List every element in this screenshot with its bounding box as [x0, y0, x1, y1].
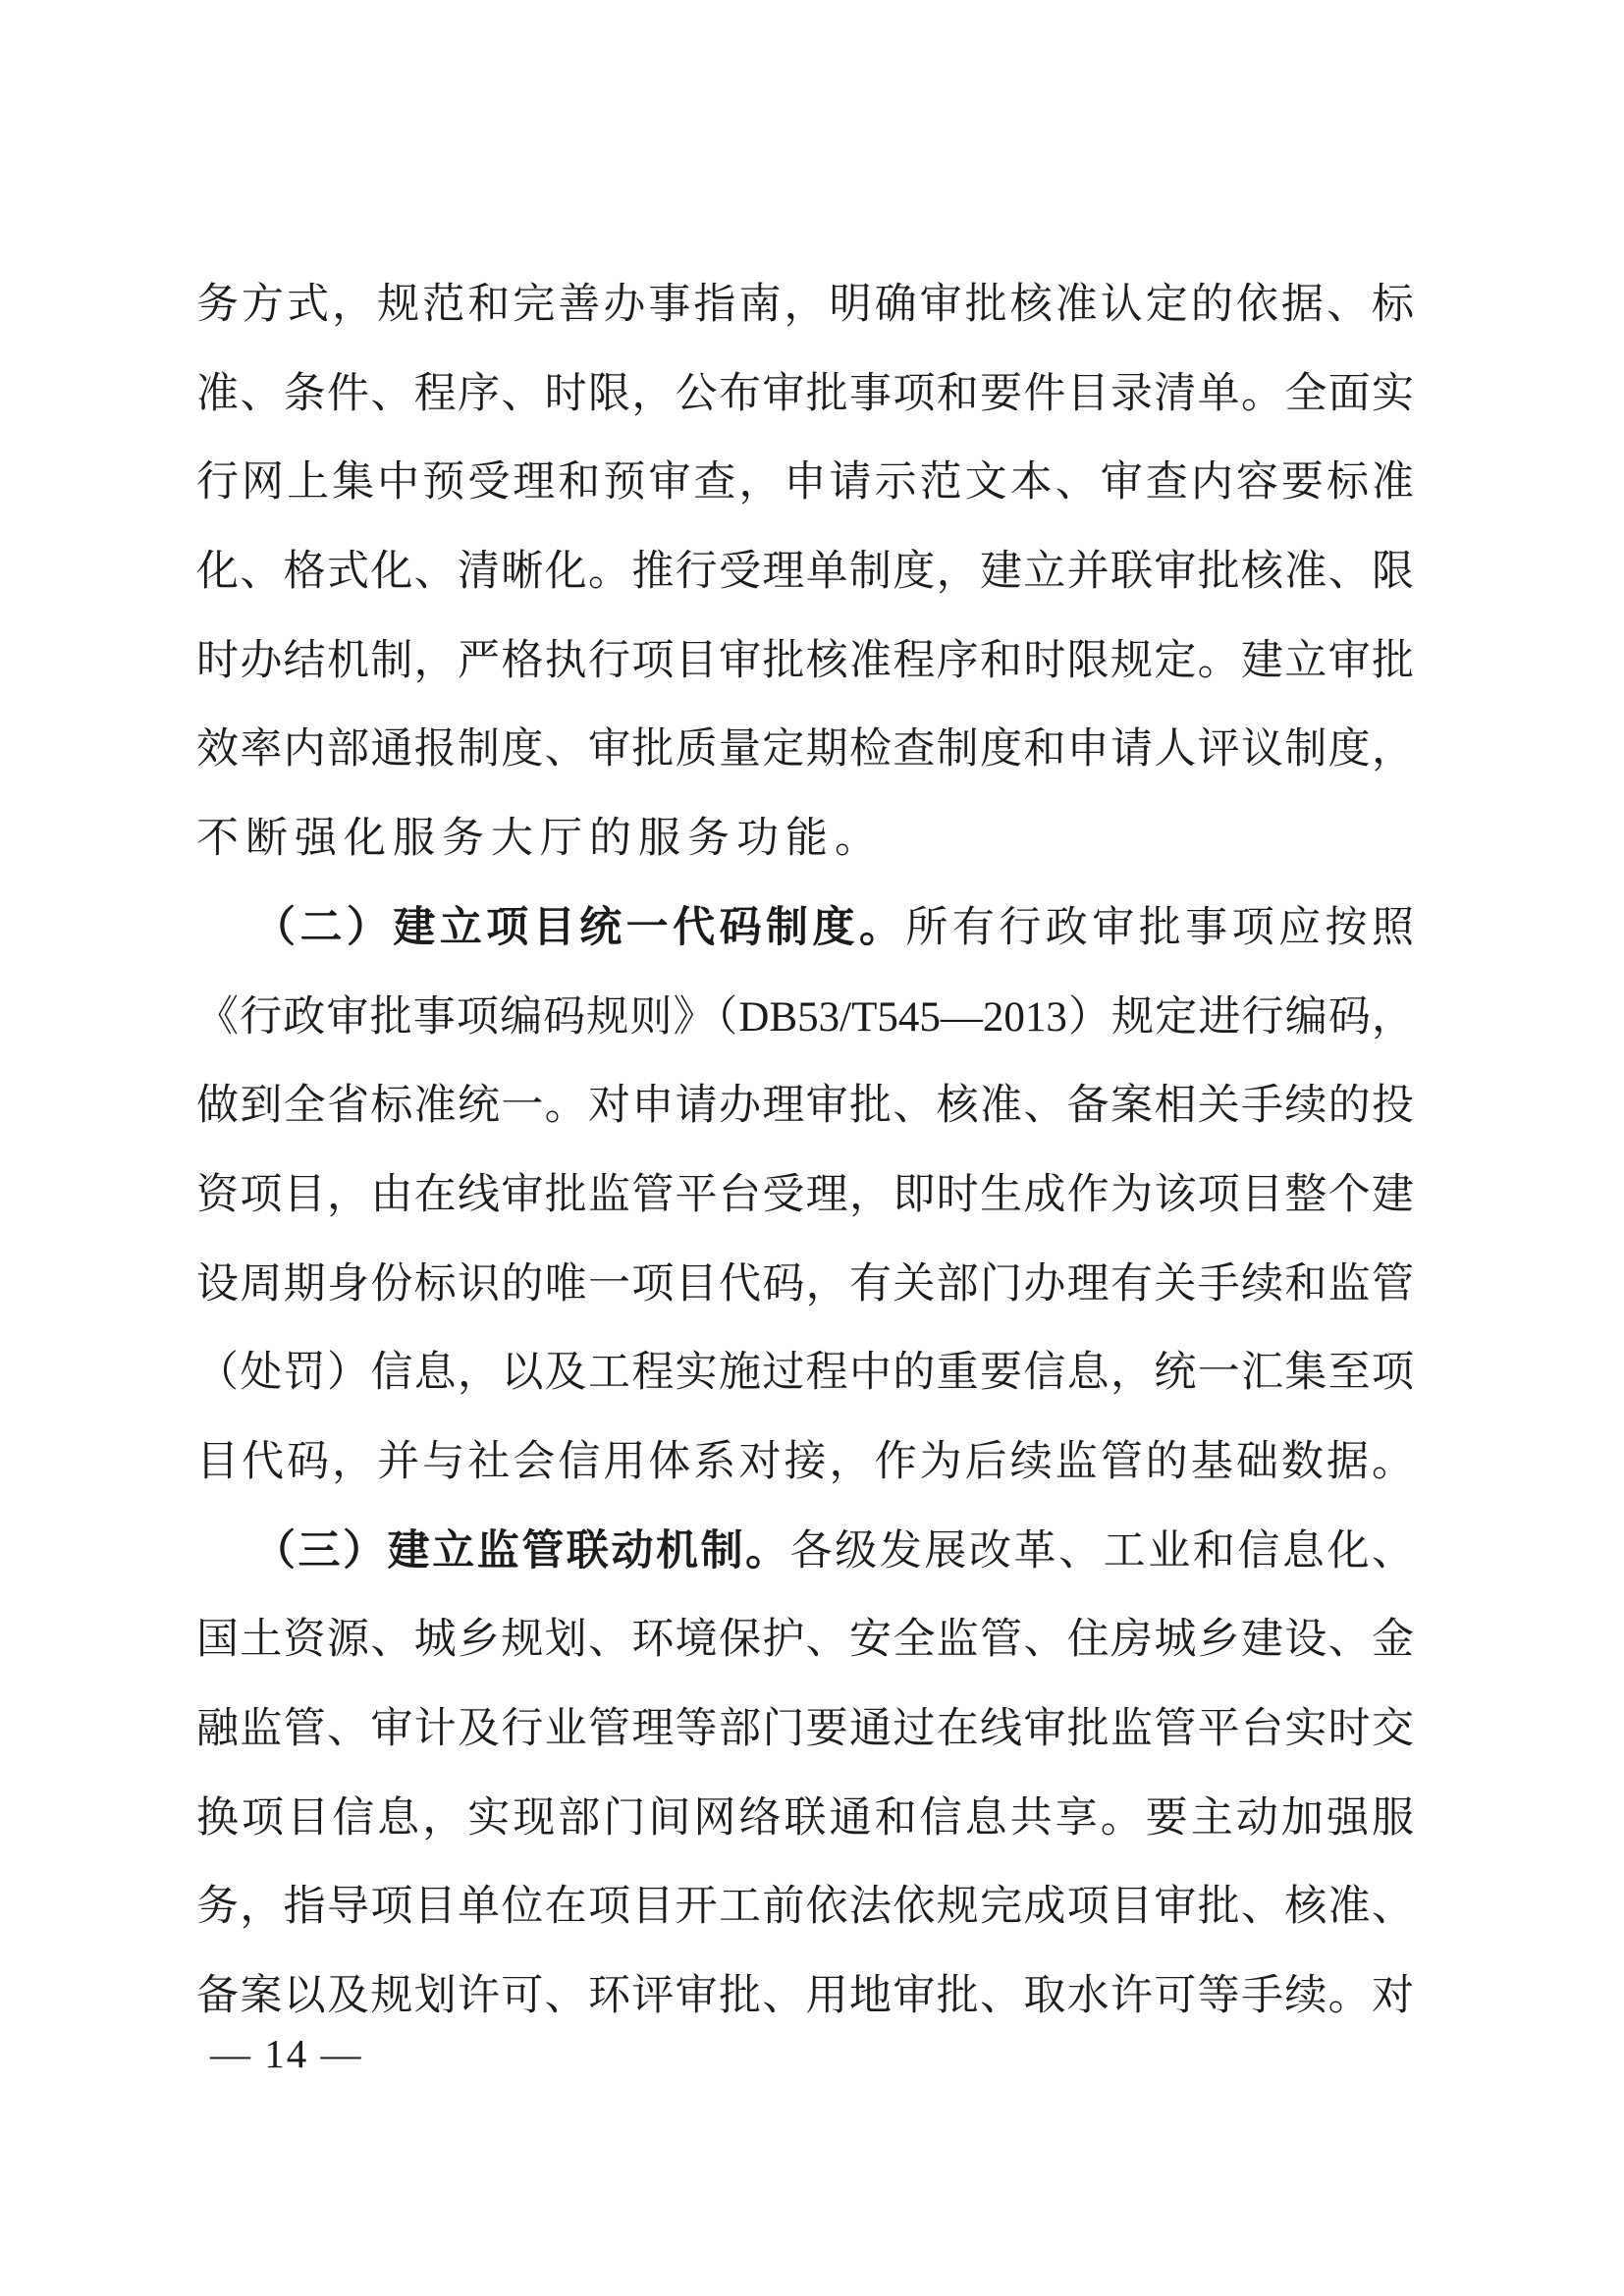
text-line: 务，指导项目单位在项目开工前依法依规完成项目审批、核准、: [196, 1863, 1414, 1952]
section-3-heading: （三）建立监管联动机制。: [253, 1528, 790, 1575]
text-line: 国土资源、城乡规划、环境保护、安全监管、住房城乡建设、金: [196, 1596, 1414, 1685]
text-line: （处罚）信息，以及工程实施过程中的重要信息，统一汇集至项: [196, 1329, 1414, 1418]
section-2-body-start: 所有行政审批事项应按照: [905, 905, 1414, 951]
text-line: 资项目，由在线审批监管平台受理，即时生成作为该项目整个建: [196, 1151, 1414, 1241]
text-line: 效率内部通报制度、审批质量定期检查制度和申请人评议制度，: [196, 706, 1414, 795]
text-line: 《行政审批事项编码规则》（DB53/T545—2013）规定进行编码，: [196, 974, 1414, 1063]
text-line: 换项目信息，实现部门间网络联通和信息共享。要主动加强服: [196, 1775, 1414, 1864]
section-heading-line: （二）建立项目统一代码制度。所有行政审批事项应按照: [196, 884, 1414, 974]
text-line: 行网上集中预受理和预审查，申请示范文本、审查内容要标准: [196, 439, 1414, 528]
text-line: 融监管、审计及行业管理等部门要通过在线审批监管平台实时交: [196, 1685, 1414, 1775]
section-3-body-start: 各级发展改革、工业和信息化、: [790, 1528, 1414, 1575]
paragraph-end-line: 不断强化服务大厅的服务功能。: [196, 795, 1414, 884]
section-heading-line: （三）建立监管联动机制。各级发展改革、工业和信息化、: [196, 1508, 1414, 1597]
text-line: 准、条件、程序、时限，公布审批事项和要件目录清单。全面实: [196, 350, 1414, 440]
text-block: 务方式，规范和完善办事指南，明确审批核准认定的依据、标 准、条件、程序、时限，公…: [196, 261, 1414, 2042]
paragraph-end-line: 目代码，并与社会信用体系对接，作为后续监管的基础数据。: [196, 1418, 1414, 1508]
text-line: 化、格式化、清晰化。推行受理单制度，建立并联审批核准、限: [196, 528, 1414, 617]
text-line: 时办结机制，严格执行项目审批核准程序和时限规定。建立审批: [196, 617, 1414, 707]
section-2-heading: （二）建立项目统一代码制度。: [253, 905, 905, 951]
text-line: 备案以及规划许可、环评审批、用地审批、取水许可等手续。对: [196, 1952, 1414, 2042]
document-page: 务方式，规范和完善办事指南，明确审批核准认定的依据、标 准、条件、程序、时限，公…: [0, 0, 1624, 2296]
text-line: 设周期身份标识的唯一项目代码，有关部门办理有关手续和监管: [196, 1241, 1414, 1330]
text-line: 做到全省标准统一。对申请办理审批、核准、备案相关手续的投: [196, 1062, 1414, 1151]
text-line: 务方式，规范和完善办事指南，明确审批核准认定的依据、标: [196, 261, 1414, 350]
page-number: — 14 —: [210, 2024, 363, 2083]
